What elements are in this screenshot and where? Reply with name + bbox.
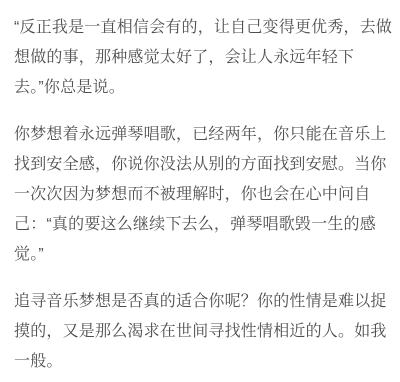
paragraph: “反正我是一直相信会有的，让自己变得更优秀，去做 想做的事，那种感觉太好了，会让…: [14, 13, 386, 103]
article-body: “反正我是一直相信会有的，让自己变得更优秀，去做 想做的事，那种感觉太好了，会让…: [0, 0, 400, 377]
text-line: 己：“真的要这么继续下去么，弹琴唱歌毁一生的感: [14, 210, 386, 240]
text-line: 想做的事，那种感觉太好了，会让人永远年轻下: [14, 43, 386, 73]
text-line: 觉。”: [14, 240, 386, 270]
text-line: “反正我是一直相信会有的，让自己变得更优秀，去做: [14, 13, 386, 43]
text-line: 一次次因为梦想而不被理解时，你也会在心中问自: [14, 180, 386, 210]
text-line: 找到安全感，你说你没法从别的方面找到安慰。当你: [14, 150, 386, 180]
paragraph: 你梦想着永远弹琴唱歌，已经两年，你只能在音乐上 找到安全感，你说你没法从别的方面…: [14, 120, 386, 270]
paragraph: 追寻音乐梦想是否真的适合你呢？你的性情是难以捉 摸的，又是那么渴求在世间寻找性情…: [14, 287, 386, 377]
text-line: 摸的，又是那么渴求在世间寻找性情相近的人。如我: [14, 317, 386, 347]
text-line: 追寻音乐梦想是否真的适合你呢？你的性情是难以捉: [14, 287, 386, 317]
text-line: 你梦想着永远弹琴唱歌，已经两年，你只能在音乐上: [14, 120, 386, 150]
text-line: 一般。: [14, 347, 386, 377]
text-line: 去。”你总是说。: [14, 73, 386, 103]
